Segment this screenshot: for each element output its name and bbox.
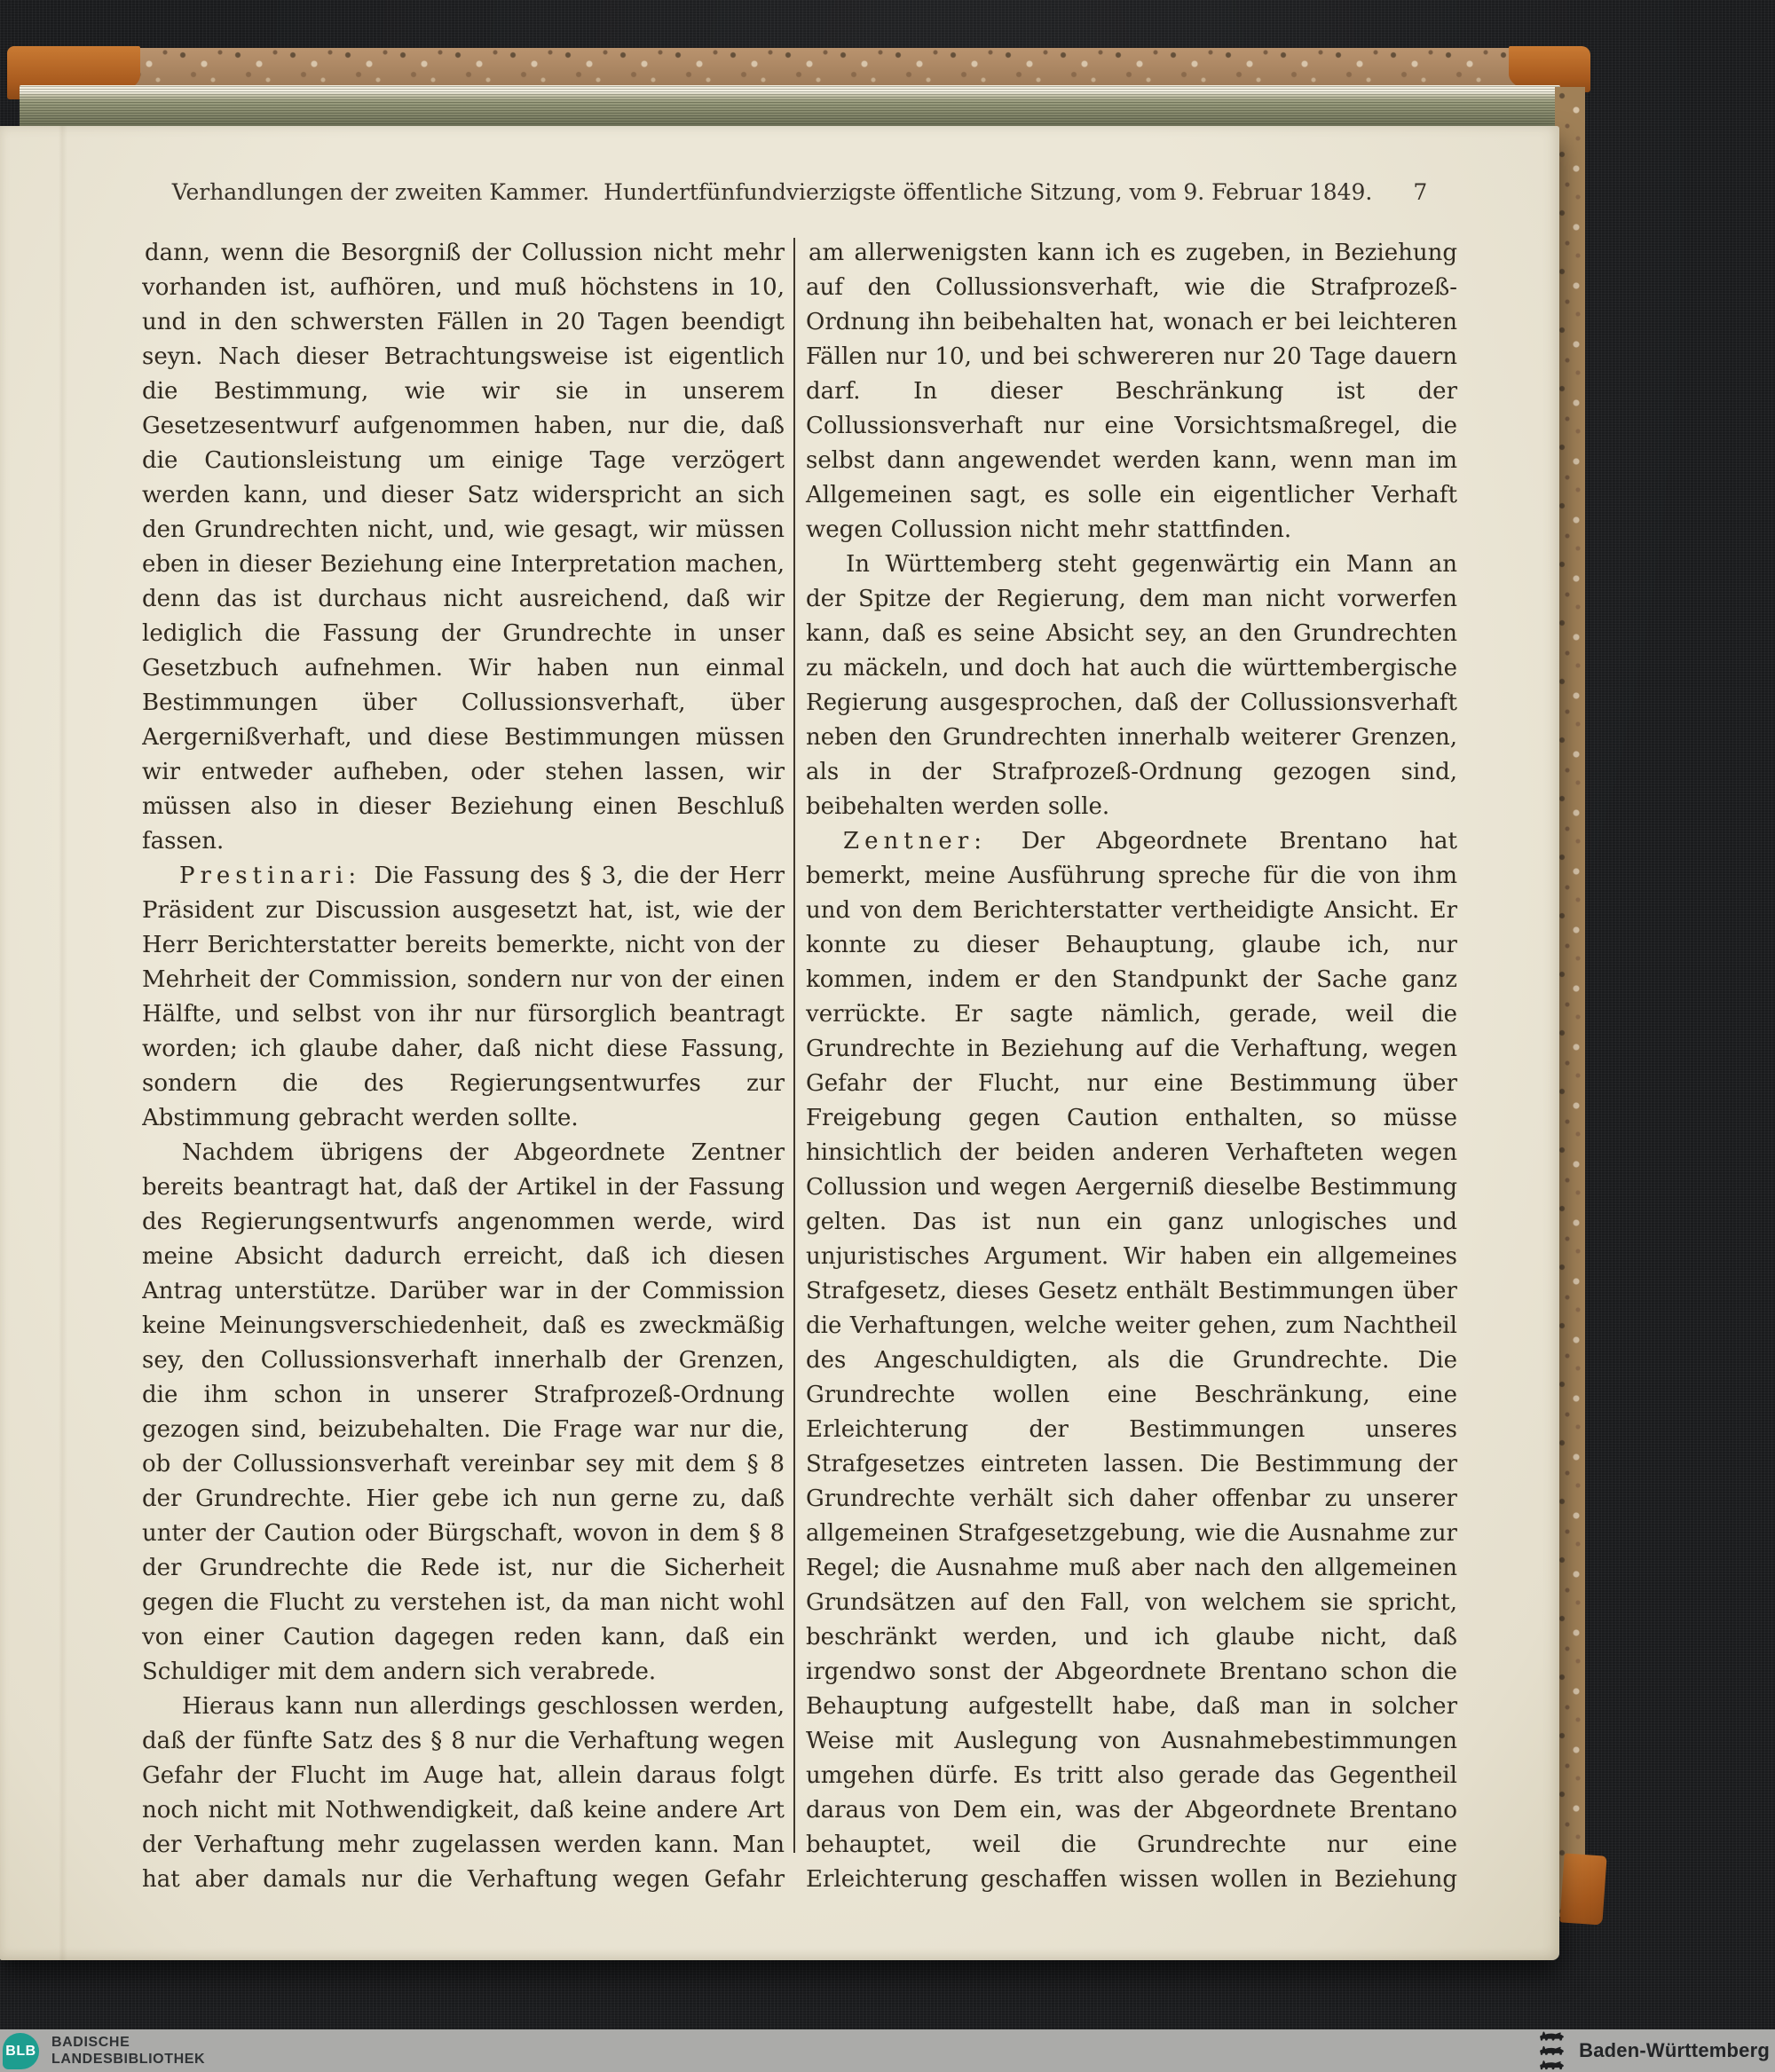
paragraph-text: Nachdem übrigens der Abgeordnete Zentner… [142,1139,785,1685]
paragraph-text: In Württemberg steht gegenwärtig ein Man… [806,551,1457,820]
state-name: Baden-Württemberg [1579,2039,1770,2062]
paragraph: Hieraus kann nun allerdings geschlossen … [142,1690,785,1901]
blb-logo: BLB [3,2033,39,2069]
header-title: Verhandlungen der zweiten Kammer. Hunder… [172,179,1373,205]
text-column-right: am allerwenigsten kann ich es zugeben, i… [806,236,1457,1901]
viewer-footer-bar: BLB BADISCHE LANDESBIBLIOTHEK Baden-Würt… [0,2029,1775,2072]
scanned-page: Verhandlungen der zweiten Kammer. Hunder… [0,126,1559,1960]
page-header: Verhandlungen der zweiten Kammer. Hunder… [142,179,1457,205]
text-column-left: dann, wenn die Besorgniß der Collussion … [142,236,785,1901]
library-name-line2: LANDESBIBLIOTHEK [51,2052,205,2068]
library-name: BADISCHE LANDESBIBLIOTHEK [51,2035,205,2068]
library-name-line1: BADISCHE [51,2035,205,2052]
baden-wuerttemberg-logo-group: Baden-Württemberg [1536,2031,1770,2070]
paragraph-text: dann, wenn die Besorgniß der Collussion … [142,240,785,855]
paragraph-text: Der Abgeordnete Brentano hat bemerkt, me… [806,828,1457,1901]
book-cover-right-marbled-edge [1555,87,1585,1917]
paragraph: dann, wenn die Besorgniß der Collussion … [142,236,785,859]
text-body: dann, wenn die Besorgniß der Collussion … [142,236,1459,1901]
three-lions-crest-icon [1536,2030,1566,2071]
page-block-top-edge [20,85,1560,130]
speaker-name: Prestinari: [179,863,364,889]
leather-corner-bottom-right [1559,1853,1606,1925]
speaker-name: Zentner: [843,828,990,855]
paragraph-text: am allerwenigsten kann ich es zugeben, i… [806,240,1457,543]
photo-stage: Verhandlungen der zweiten Kammer. Hunder… [0,0,1775,2072]
paragraph: am allerwenigsten kann ich es zugeben, i… [806,236,1457,548]
book-cover-top-marbled-edge [9,48,1589,89]
paragraph-text: Hieraus kann nun allerdings geschlossen … [142,1693,785,1901]
page-number: 7 [1413,179,1427,205]
paragraph: Zentner: Der Abgeordnete Brentano hat be… [806,824,1457,1901]
column-divider-rule [793,238,795,1853]
paragraph-text: Die Fassung des § 3, die der Herr Präsid… [142,863,785,1131]
paragraph: In Württemberg steht gegenwärtig ein Man… [806,548,1457,824]
paragraph: Prestinari: Die Fassung des § 3, die der… [142,859,785,1136]
paragraph: Nachdem übrigens der Abgeordnete Zentner… [142,1136,785,1690]
blb-logo-group: BLB BADISCHE LANDESBIBLIOTHEK [3,2033,205,2069]
blb-logo-text: BLB [5,2044,35,2060]
